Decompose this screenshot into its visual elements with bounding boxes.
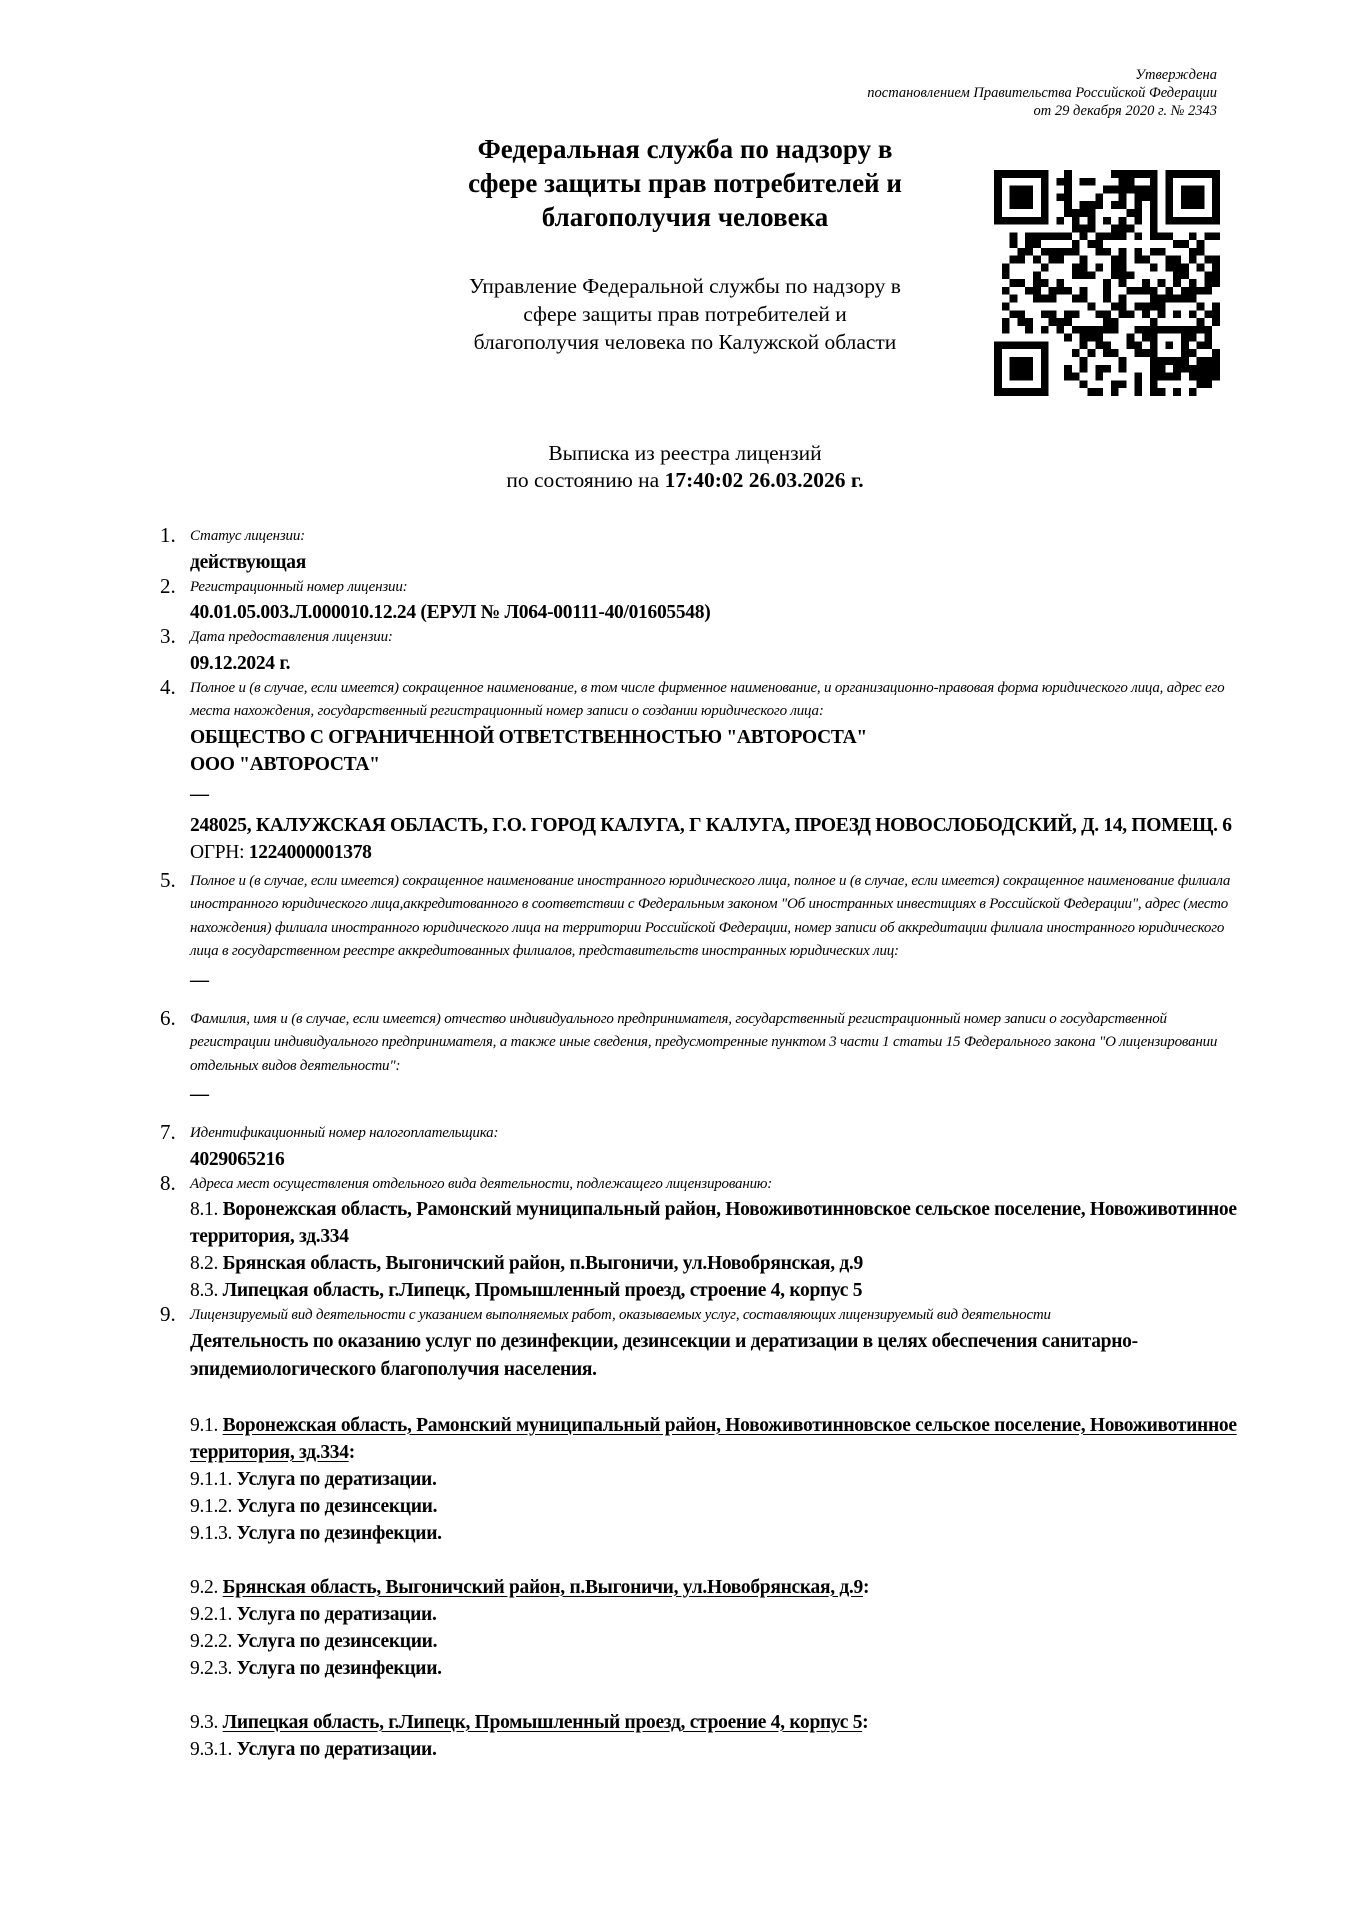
- ogrn-label: ОГРН:: [190, 842, 244, 863]
- individual-entrepreneur-value: —: [190, 1082, 1240, 1108]
- site-number: 9.1.: [190, 1415, 218, 1436]
- site-colon: :: [862, 1712, 868, 1733]
- service-text: Услуга по дезинсекции.: [237, 1496, 437, 1517]
- item-registration-number: 2. Регистрационный номер лицензии: 40.01…: [160, 576, 1240, 627]
- item-number: 7.: [160, 1120, 176, 1145]
- empty-dash: —: [190, 782, 1240, 808]
- extract-as-of: по состоянию на 17:40:02 26.03.2026 г.: [400, 467, 970, 494]
- item-activity-addresses: 8. Адреса мест осуществления отдельного …: [160, 1173, 1240, 1305]
- service-text: Услуга по дезинфекции.: [237, 1658, 442, 1679]
- item-label: Полное и (в случае, если имеется) сокращ…: [190, 870, 1240, 964]
- as-of-prefix: по состоянию на: [506, 468, 659, 492]
- site-address: Брянская область, Выгоничский район, п.В…: [223, 1577, 863, 1598]
- activity-address-list: 8.1. Воронежская область, Рамонский муни…: [190, 1196, 1240, 1304]
- agency-title-line-3: благополучия человека: [400, 200, 970, 234]
- address-number: 8.3.: [190, 1280, 218, 1301]
- item-label: Полное и (в случае, если имеется) сокращ…: [190, 677, 1240, 724]
- grant-date-value: 09.12.2024 г.: [190, 650, 1240, 677]
- service-number: 9.3.1.: [190, 1739, 232, 1760]
- qr-code-icon: [994, 170, 1220, 396]
- item-legal-entity: 4. Полное и (в случае, если имеется) сок…: [160, 677, 1240, 866]
- agency-title-line-1: Федеральная служба по надзору в: [400, 132, 970, 166]
- service-item: 9.1.3. Услуга по дезинфекции.: [190, 1520, 1240, 1547]
- item-number: 4.: [160, 675, 176, 700]
- department-line-2: сфере защиты прав потребителей и: [400, 300, 970, 328]
- department-line-3: благополучия человека по Калужской облас…: [400, 328, 970, 356]
- site-colon: :: [349, 1442, 355, 1463]
- approval-line-2: постановлением Правительства Российской …: [867, 84, 1217, 102]
- service-item: 9.2.2. Услуга по дезинсекции.: [190, 1628, 1240, 1655]
- activity-address: 8.2. Брянская область, Выгоничский район…: [190, 1250, 1240, 1277]
- address-text: Брянская область, Выгоничский район, п.В…: [223, 1253, 863, 1274]
- site-heading: 9.1. Воронежская область, Рамонский муни…: [190, 1412, 1240, 1466]
- item-individual-entrepreneur: 6. Фамилия, имя и (в случае, если имеетс…: [160, 1008, 1240, 1109]
- site-number: 9.3.: [190, 1712, 218, 1733]
- service-text: Услуга по дератизации.: [237, 1739, 437, 1760]
- item-label: Дата предоставления лицензии:: [190, 626, 1240, 650]
- site-heading: 9.2. Брянская область, Выгоничский район…: [190, 1574, 1240, 1601]
- activity-site: 9.3. Липецкая область, г.Липецк, Промышл…: [190, 1709, 1240, 1763]
- activity-site: 9.1. Воронежская область, Рамонский муни…: [190, 1412, 1240, 1547]
- inn-value: 4029065216: [190, 1146, 1240, 1173]
- item-number: 9.: [160, 1302, 176, 1327]
- item-foreign-entity: 5. Полное и (в случае, если имеется) сок…: [160, 870, 1240, 994]
- item-label: Лицензируемый вид деятельности с указани…: [190, 1304, 1240, 1328]
- item-licensed-activity: 9. Лицензируемый вид деятельности с указ…: [160, 1304, 1240, 1763]
- extract-heading: Выписка из реестра лицензий по состоянию…: [400, 440, 970, 494]
- company-ogrn: ОГРН: 1224000001378: [190, 839, 1240, 866]
- item-license-status: 1. Статус лицензии: действующая: [160, 525, 1240, 576]
- ogrn-value: 1224000001378: [249, 842, 372, 863]
- address-number: 8.1.: [190, 1199, 218, 1220]
- site-address: Липецкая область, г.Липецк, Промышленный…: [223, 1712, 863, 1733]
- address-number: 8.2.: [190, 1253, 218, 1274]
- service-number: 9.1.3.: [190, 1523, 232, 1544]
- service-item: 9.3.1. Услуга по дератизации.: [190, 1736, 1240, 1763]
- service-number: 9.2.2.: [190, 1631, 232, 1652]
- license-details: 1. Статус лицензии: действующая 2. Регис…: [160, 525, 1240, 1790]
- approval-line-1: Утверждена: [867, 66, 1217, 84]
- service-number: 9.2.1.: [190, 1604, 232, 1625]
- approval-note: Утверждена постановлением Правительства …: [867, 66, 1217, 120]
- item-number: 1.: [160, 523, 176, 548]
- item-grant-date: 3. Дата предоставления лицензии: 09.12.2…: [160, 626, 1240, 677]
- address-text: Липецкая область, г.Липецк, Промышленный…: [223, 1280, 863, 1301]
- company-address: 248025, КАЛУЖСКАЯ ОБЛАСТЬ, Г.О. ГОРОД КА…: [190, 812, 1240, 839]
- activity-site: 9.2. Брянская область, Выгоничский район…: [190, 1574, 1240, 1682]
- service-text: Услуга по дератизации.: [237, 1469, 437, 1490]
- address-text: Воронежская область, Рамонский муниципал…: [190, 1199, 1237, 1247]
- agency-title: Федеральная служба по надзору в сфере за…: [400, 132, 970, 234]
- item-label: Фамилия, имя и (в случае, если имеется) …: [190, 1008, 1240, 1079]
- company-full-name: ОБЩЕСТВО С ОГРАНИЧЕННОЙ ОТВЕТСТВЕННОСТЬЮ…: [190, 724, 1240, 751]
- item-number: 5.: [160, 868, 176, 893]
- site-address: Воронежская область, Рамонский муниципал…: [190, 1415, 1237, 1463]
- item-number: 2.: [160, 574, 176, 599]
- department-line-1: Управление Федеральной службы по надзору…: [400, 272, 970, 300]
- service-item: 9.2.3. Услуга по дезинфекции.: [190, 1655, 1240, 1682]
- service-number: 9.1.1.: [190, 1469, 232, 1490]
- site-number: 9.2.: [190, 1577, 218, 1598]
- service-text: Услуга по дератизации.: [237, 1604, 437, 1625]
- service-text: Услуга по дезинсекции.: [237, 1631, 437, 1652]
- approval-line-3: от 29 декабря 2020 г. № 2343: [867, 102, 1217, 120]
- service-text: Услуга по дезинфекции.: [237, 1523, 442, 1544]
- item-label: Статус лицензии:: [190, 525, 1240, 549]
- extract-title: Выписка из реестра лицензий: [400, 440, 970, 467]
- item-inn: 7. Идентификационный номер налогоплатель…: [160, 1122, 1240, 1173]
- service-number: 9.1.2.: [190, 1496, 232, 1517]
- item-number: 3.: [160, 624, 176, 649]
- department-title: Управление Федеральной службы по надзору…: [400, 272, 970, 356]
- as-of-timestamp: 17:40:02 26.03.2026 г.: [665, 468, 864, 492]
- item-label: Адреса мест осуществления отдельного вид…: [190, 1173, 1240, 1197]
- licensed-activity-value: Деятельность по оказанию услуг по дезинф…: [190, 1328, 1240, 1384]
- activity-sites: 9.1. Воронежская область, Рамонский муни…: [190, 1412, 1240, 1763]
- item-label: Идентификационный номер налогоплательщик…: [190, 1122, 1240, 1146]
- activity-address: 8.3. Липецкая область, г.Липецк, Промышл…: [190, 1277, 1240, 1304]
- site-colon: :: [863, 1577, 869, 1598]
- item-label: Регистрационный номер лицензии:: [190, 576, 1240, 600]
- foreign-entity-value: —: [190, 968, 1240, 994]
- agency-title-line-2: сфере защиты прав потребителей и: [400, 166, 970, 200]
- company-short-name: ООО "АВТОРОСТА": [190, 751, 1240, 778]
- service-number: 9.2.3.: [190, 1658, 232, 1679]
- registration-number-value: 40.01.05.003.Л.000010.12.24 (ЕРУЛ № Л064…: [190, 599, 1240, 626]
- service-item: 9.2.1. Услуга по дератизации.: [190, 1601, 1240, 1628]
- item-number: 8.: [160, 1171, 176, 1196]
- service-item: 9.1.1. Услуга по дератизации.: [190, 1466, 1240, 1493]
- site-heading: 9.3. Липецкая область, г.Липецк, Промышл…: [190, 1709, 1240, 1736]
- item-number: 6.: [160, 1006, 176, 1031]
- activity-address: 8.1. Воронежская область, Рамонский муни…: [190, 1196, 1240, 1250]
- license-status-value: действующая: [190, 549, 1240, 576]
- service-item: 9.1.2. Услуга по дезинсекции.: [190, 1493, 1240, 1520]
